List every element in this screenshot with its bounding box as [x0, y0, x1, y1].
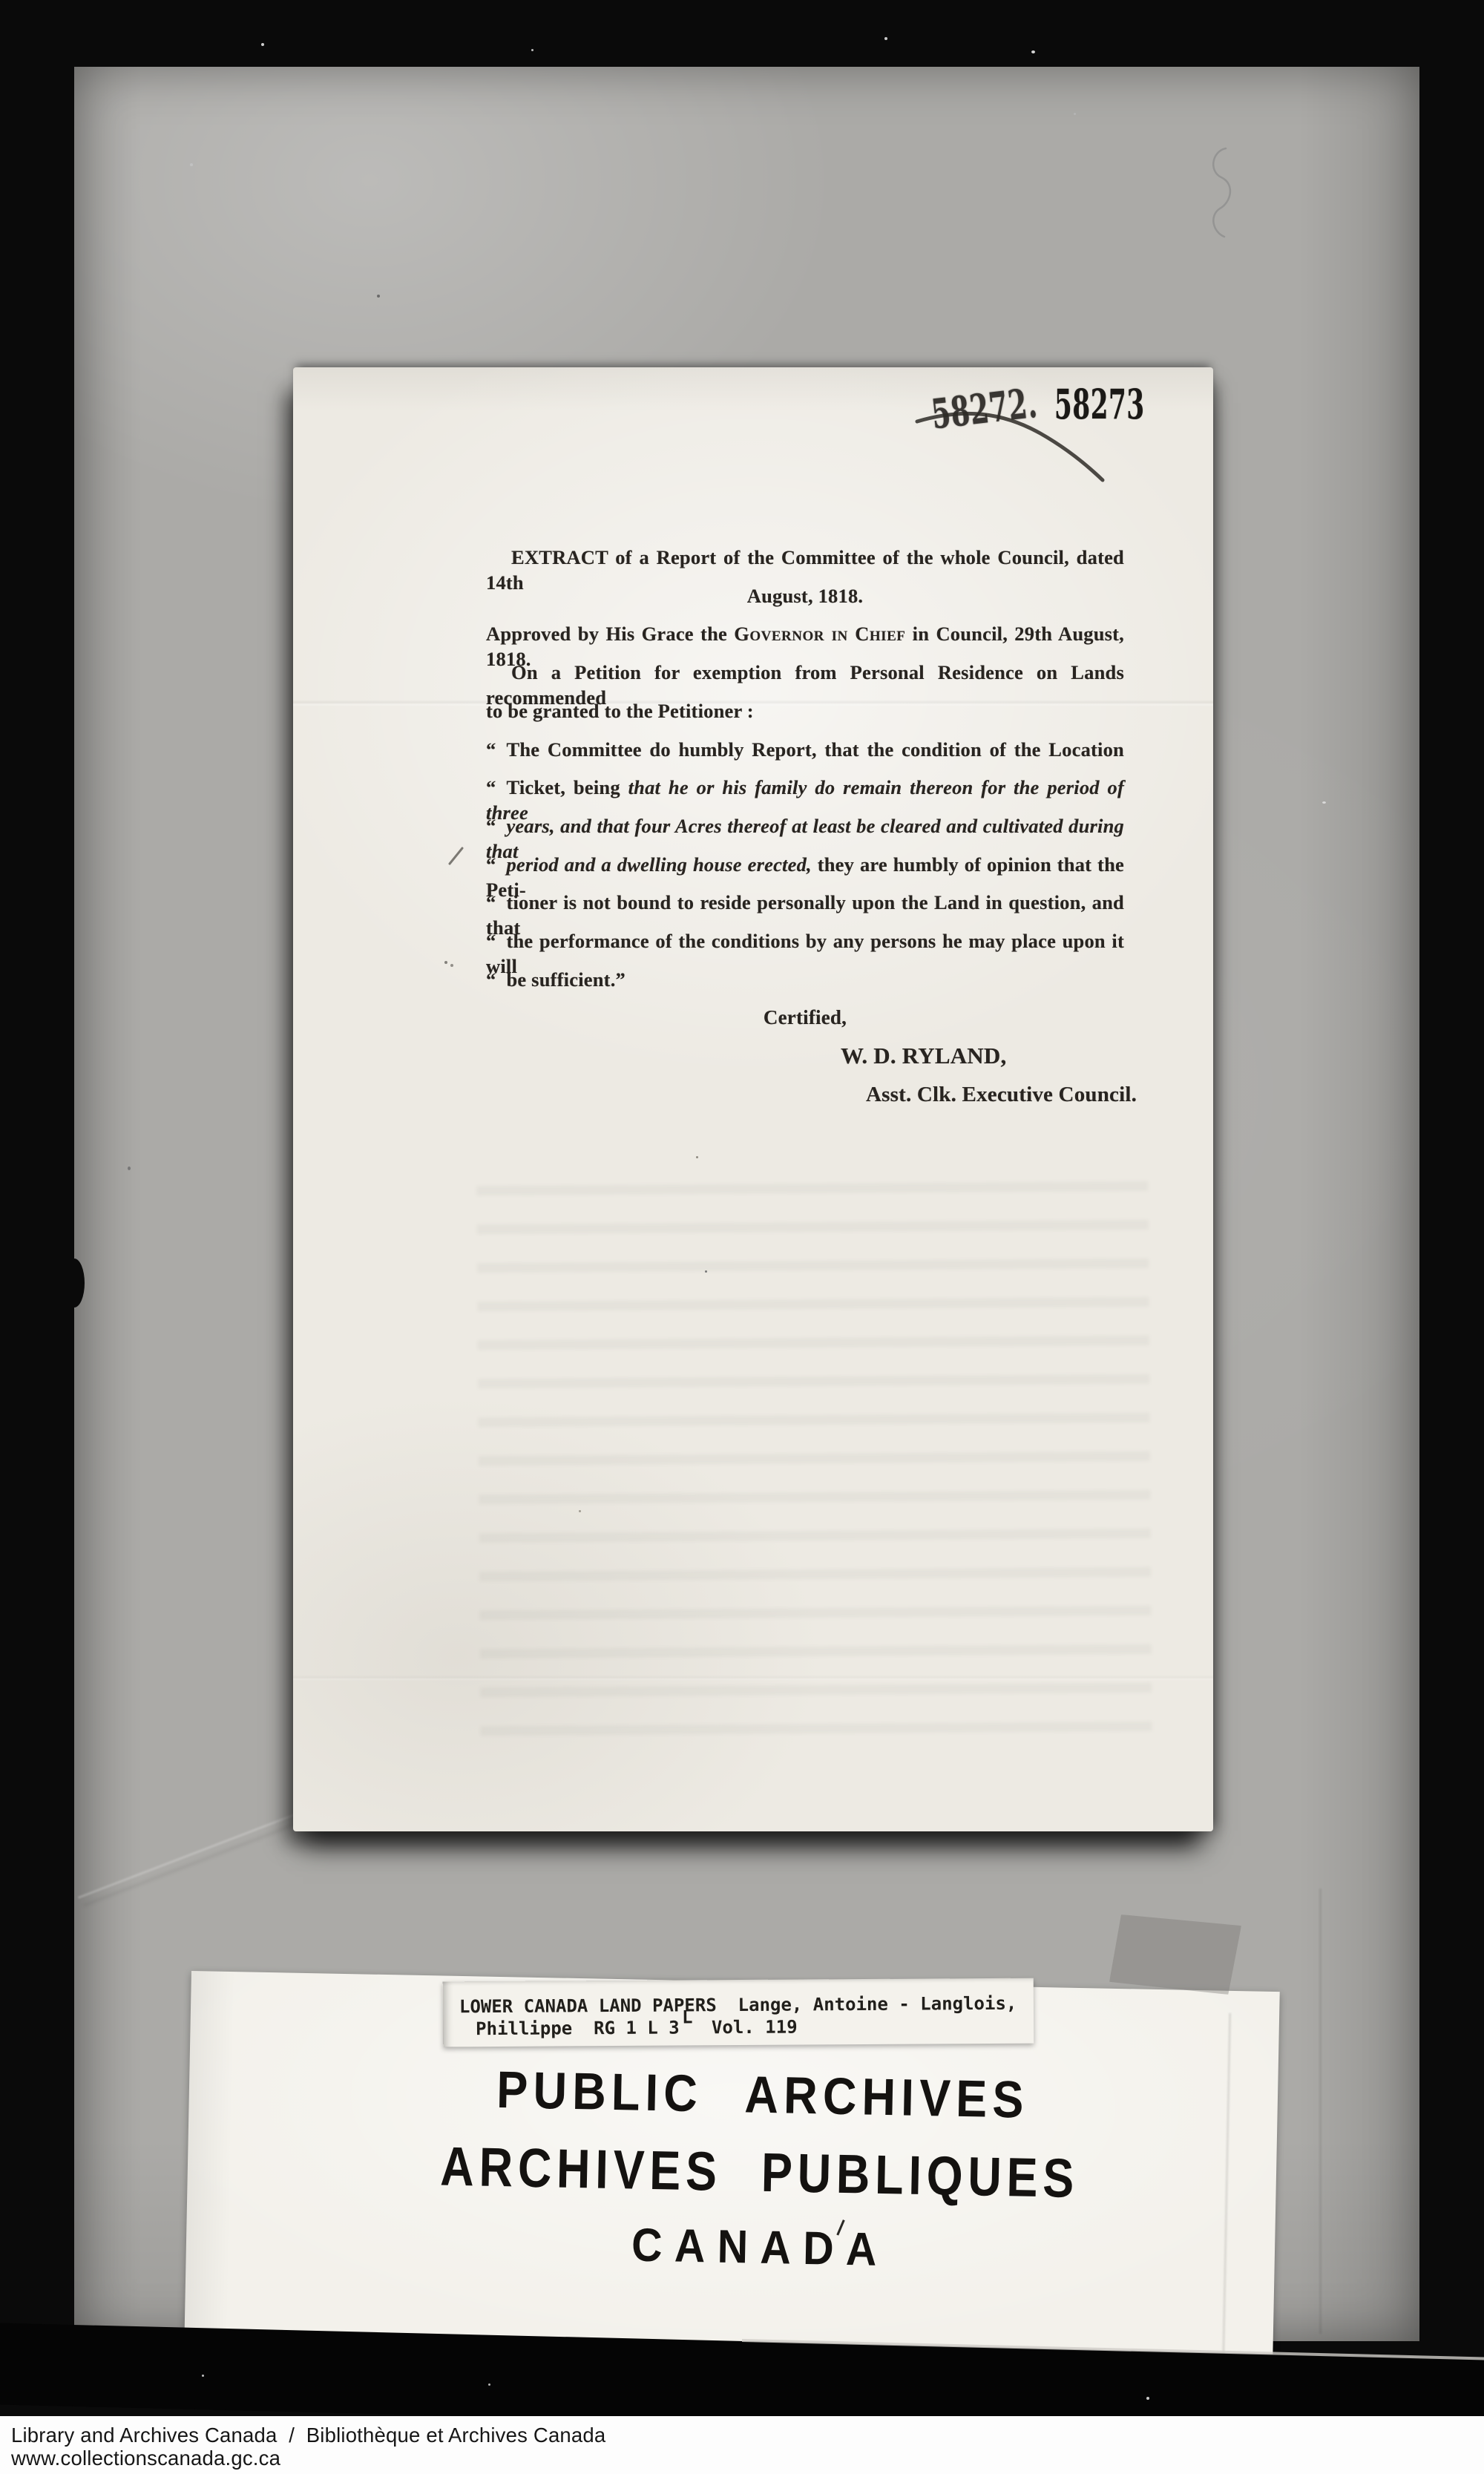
archival-scan: EXTRACT of a Report of the Committee of … — [0, 0, 1484, 2474]
document-line: W. D. RYLAND, — [486, 1043, 1124, 1069]
quote-mark: “ — [486, 930, 496, 952]
dust-speck — [884, 37, 887, 40]
footer-url: www.collectionscanada.gc.ca — [11, 2447, 280, 2470]
label-stray-character: L — [682, 2007, 693, 2027]
footer-attribution: Library and Archives Canada / Bibliothèq… — [11, 2424, 605, 2447]
footer-bar: Library and Archives Canada / Bibliothèq… — [0, 2416, 1484, 2474]
background-crease — [1319, 1889, 1322, 2334]
bleedthrough-text-ghost — [476, 1181, 1152, 1757]
dust-speck — [1074, 113, 1076, 115]
quote-mark: “ — [486, 891, 496, 913]
dust-speck — [202, 2375, 204, 2377]
dust-speck — [1146, 2397, 1149, 2400]
quote-mark: “ — [486, 738, 496, 761]
film-edge-blemish — [64, 1259, 85, 1307]
dust-speck — [261, 43, 264, 46]
dust-speck — [190, 163, 193, 166]
tape-fragment — [1109, 1914, 1241, 1995]
label-text-line1: LOWER CANADA LAND PAPERS Lange, Antoine … — [459, 1993, 1017, 2018]
document-line: August, 1818. — [486, 583, 1124, 608]
typed-reference-label: LOWER CANADA LAND PAPERS Lange, Antoine … — [443, 1978, 1034, 2047]
document-line: Certified, — [486, 1005, 1124, 1030]
dust-speck — [1031, 50, 1035, 53]
document-line: Asst. Clk. Executive Council. — [486, 1082, 1124, 1107]
quote-mark: “ — [486, 853, 496, 876]
archives-card-title-fr: ARCHIVES PUBLIQUES — [269, 2131, 1195, 2212]
dust-speck — [531, 49, 533, 51]
dust-speck — [377, 295, 380, 298]
label-text-line2: Phillippe RG 1 L 3 Vol. 119 — [476, 2017, 798, 2040]
document-line: “The Committee do humbly Report, that th… — [486, 737, 1124, 762]
document-line: to be granted to the Petitioner : — [486, 698, 1124, 724]
dust-speck — [579, 1510, 581, 1512]
quote-mark: “ — [486, 968, 496, 991]
dust-speck — [1322, 801, 1326, 804]
document-page: EXTRACT of a Report of the Committee of … — [293, 367, 1213, 1831]
archives-card-title-canada: CANADA — [234, 2211, 1226, 2283]
archives-card-title-en: PUBLIC ARCHIVES — [243, 2055, 1224, 2133]
document-line: “be sufficient.” — [486, 967, 1124, 992]
dust-speck — [705, 1270, 707, 1273]
dust-speck — [488, 2383, 490, 2386]
dust-speck — [696, 1156, 698, 1158]
card-crease — [1222, 2013, 1231, 2369]
dust-speck — [128, 1167, 131, 1170]
quote-mark: “ — [486, 815, 496, 837]
page-number-stamp: 58273 — [1054, 380, 1145, 428]
quote-mark: “ — [486, 776, 496, 798]
